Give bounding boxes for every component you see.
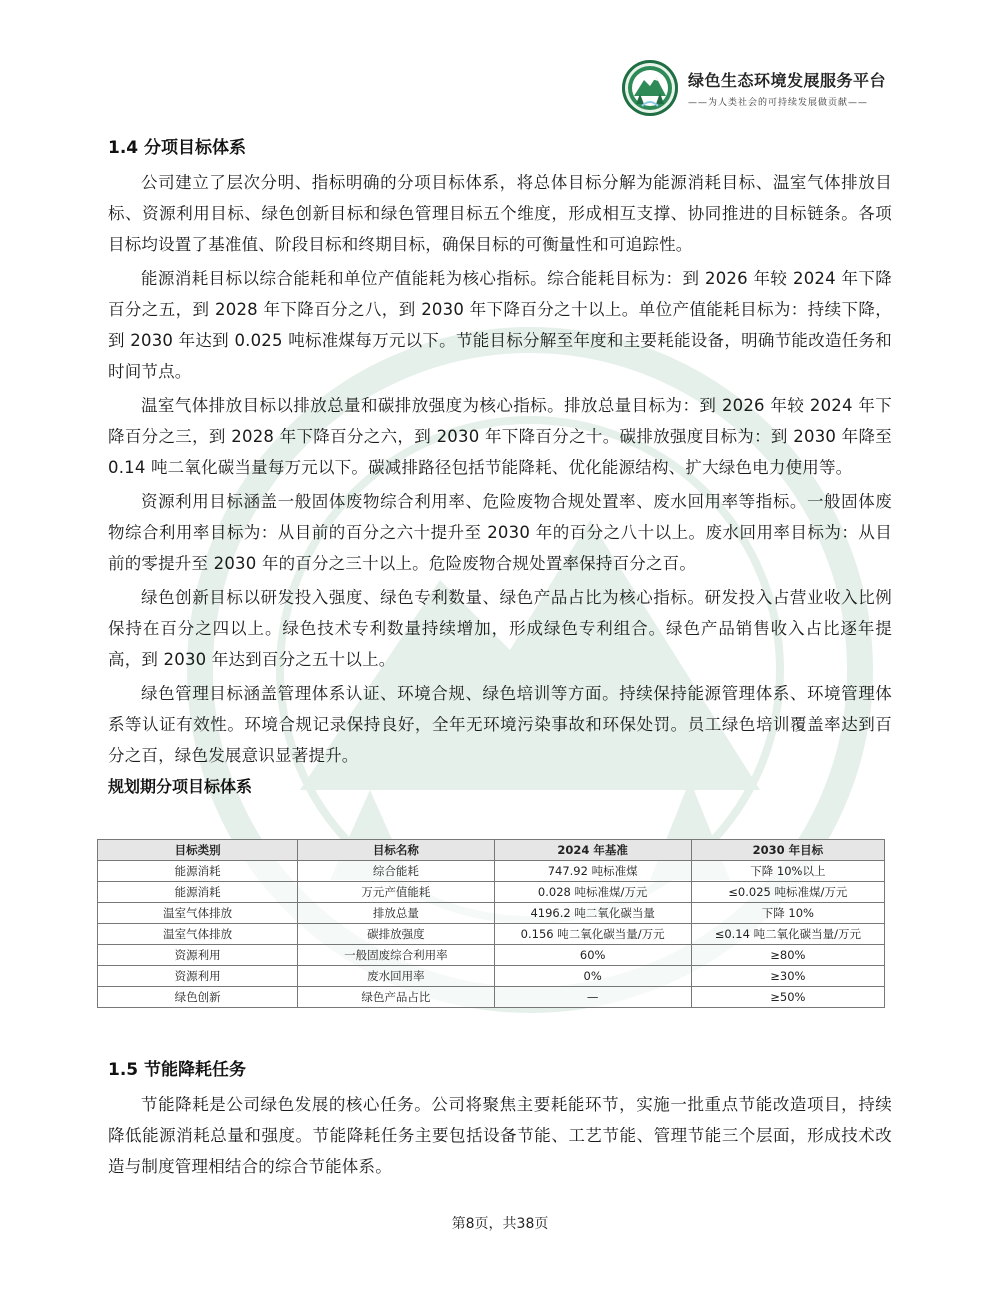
table-cell: 排放总量 — [298, 903, 494, 924]
table-cell: 温室气体排放 — [98, 903, 298, 924]
table-cell: ≤0.14 吨二氧化碳当量/万元 — [691, 924, 884, 945]
table-title: 规划期分项目标体系 — [108, 774, 892, 797]
table-cell: 0.028 吨标准煤/万元 — [494, 882, 691, 903]
table-cell: 4196.2 吨二氧化碳当量 — [494, 903, 691, 924]
brand-title: 绿色生态环境发展服务平台 — [688, 68, 886, 91]
table-cell: 能源消耗 — [98, 882, 298, 903]
table-row: 绿色创新 绿色产品占比 — ≥50% — [98, 987, 885, 1008]
paragraph: 绿色管理目标涵盖管理体系认证、环境合规、绿色培训等方面。持续保持能源管理体系、环… — [108, 678, 892, 771]
table-cell: 绿色产品占比 — [298, 987, 494, 1008]
table-cell: 资源利用 — [98, 966, 298, 987]
table-cell: 一般固废综合利用率 — [298, 945, 494, 966]
table-row: 资源利用 废水回用率 0% ≥30% — [98, 966, 885, 987]
table-cell: 资源利用 — [98, 945, 298, 966]
table-header-row: 目标类别 目标名称 2024 年基准 2030 年目标 — [98, 840, 885, 861]
table-row: 资源利用 一般固废综合利用率 60% ≥80% — [98, 945, 885, 966]
table-cell: 能源消耗 — [98, 861, 298, 882]
section-heading: 1.4 分项目标体系 — [108, 135, 892, 161]
column-header: 目标名称 — [298, 840, 494, 861]
paragraph: 能源消耗目标以综合能耗和单位产值能耗为核心指标。综合能耗目标为：到 2026 年… — [108, 263, 892, 387]
paragraph: 绿色创新目标以研发投入强度、绿色专利数量、绿色产品占比为核心指标。研发投入占营业… — [108, 582, 892, 675]
table-row: 温室气体排放 碳排放强度 0.156 吨二氧化碳当量/万元 ≤0.14 吨二氧化… — [98, 924, 885, 945]
column-header: 2030 年目标 — [691, 840, 884, 861]
table-row: 能源消耗 万元产值能耗 0.028 吨标准煤/万元 ≤0.025 吨标准煤/万元 — [98, 882, 885, 903]
table-cell: 综合能耗 — [298, 861, 494, 882]
platform-logo-icon — [622, 60, 678, 116]
paragraph: 温室气体排放目标以排放总量和碳排放强度为核心指标。排放总量目标为：到 2026 … — [108, 390, 892, 483]
table-cell: ≤0.025 吨标准煤/万元 — [691, 882, 884, 903]
table-cell: 747.92 吨标准煤 — [494, 861, 691, 882]
table-cell: ≥80% — [691, 945, 884, 966]
table-cell: 温室气体排放 — [98, 924, 298, 945]
paragraph: 公司建立了层次分明、指标明确的分项目标体系，将总体目标分解为能源消耗目标、温室气… — [108, 167, 892, 260]
table-cell: — — [494, 987, 691, 1008]
table-row: 温室气体排放 排放总量 4196.2 吨二氧化碳当量 下降 10% — [98, 903, 885, 924]
paragraph: 资源利用目标涵盖一般固体废物综合利用率、危险废物合规处置率、废水回用率等指标。一… — [108, 486, 892, 579]
table-cell: ≥30% — [691, 966, 884, 987]
table-cell: 绿色创新 — [98, 987, 298, 1008]
table-cell: 0.156 吨二氧化碳当量/万元 — [494, 924, 691, 945]
table-cell: 60% — [494, 945, 691, 966]
table-row: 能源消耗 综合能耗 747.92 吨标准煤 下降 10%以上 — [98, 861, 885, 882]
paragraph: 节能降耗是公司绿色发展的核心任务。公司将聚焦主要耗能环节，实施一批重点节能改造项… — [108, 1089, 892, 1182]
table-cell: 废水回用率 — [298, 966, 494, 987]
section-1-4: 1.4 分项目标体系 公司建立了层次分明、指标明确的分项目标体系，将总体目标分解… — [108, 135, 892, 803]
column-header: 2024 年基准 — [494, 840, 691, 861]
table-cell: 碳排放强度 — [298, 924, 494, 945]
table-cell: 万元产值能耗 — [298, 882, 494, 903]
table-cell: ≥50% — [691, 987, 884, 1008]
table-cell: 0% — [494, 966, 691, 987]
page-number: 第8页，共38页 — [0, 1213, 1000, 1233]
target-table: 目标类别 目标名称 2024 年基准 2030 年目标 能源消耗 综合能耗 74… — [97, 839, 885, 1008]
page-header: 绿色生态环境发展服务平台 ——为人类社会的可持续发展做贡献—— — [622, 58, 912, 118]
table-cell: 下降 10% — [691, 903, 884, 924]
section-1-5: 1.5 节能降耗任务 节能降耗是公司绿色发展的核心任务。公司将聚焦主要耗能环节，… — [108, 1057, 892, 1185]
column-header: 目标类别 — [98, 840, 298, 861]
table-cell: 下降 10%以上 — [691, 861, 884, 882]
brand-subtitle: ——为人类社会的可持续发展做贡献—— — [688, 95, 886, 108]
section-heading: 1.5 节能降耗任务 — [108, 1057, 892, 1083]
